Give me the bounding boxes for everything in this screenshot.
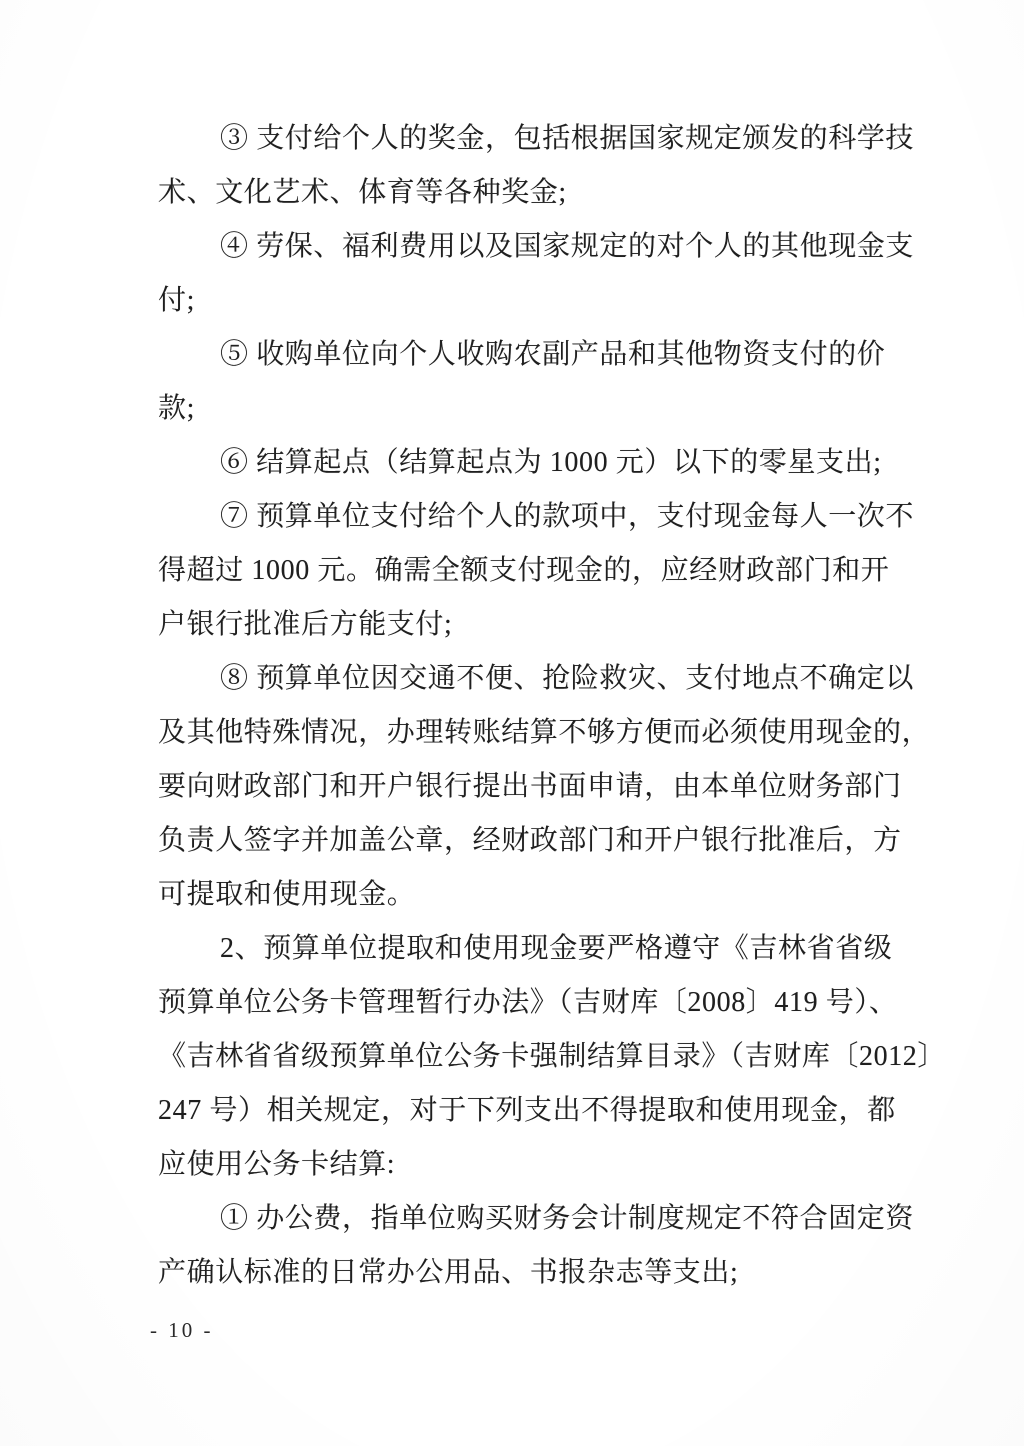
text-block: ③ 支付给个人的奖金，包括根据国家规定颁发的科学技 术、文化艺术、体育等各种奖金…: [158, 112, 898, 1300]
text-line: ⑤ 收购单位向个人收购农副产品和其他物资支付的价: [158, 328, 898, 382]
text-line: 负责人签字并加盖公章，经财政部门和开户银行批准后，方: [158, 814, 898, 868]
text-line: 2、预算单位提取和使用现金要严格遵守《吉林省省级: [158, 922, 898, 976]
document-page: ③ 支付给个人的奖金，包括根据国家规定颁发的科学技 术、文化艺术、体育等各种奖金…: [0, 0, 1024, 1446]
text-line: ③ 支付给个人的奖金，包括根据国家规定颁发的科学技: [158, 112, 898, 166]
text-line: ④ 劳保、福利费用以及国家规定的对个人的其他现金支: [158, 220, 898, 274]
text-line: 247 号）相关规定，对于下列支出不得提取和使用现金，都: [158, 1084, 898, 1138]
text-line: ① 办公费，指单位购买财务会计制度规定不符合固定资: [158, 1192, 898, 1246]
text-line: ⑧ 预算单位因交通不便、抢险救灾、支付地点不确定以: [158, 652, 898, 706]
text-line: 得超过 1000 元。确需全额支付现金的，应经财政部门和开: [158, 544, 898, 598]
text-line: 户银行批准后方能支付;: [158, 598, 898, 652]
text-line: 要向财政部门和开户银行提出书面申请，由本单位财务部门: [158, 760, 898, 814]
text-line: ⑥ 结算起点（结算起点为 1000 元）以下的零星支出;: [158, 436, 898, 490]
text-line: 付;: [158, 274, 898, 328]
text-line: 可提取和使用现金。: [158, 868, 898, 922]
text-line: 预算单位公务卡管理暂行办法》（吉财库〔2008〕419 号）、: [158, 976, 898, 1030]
text-line: 《吉林省省级预算单位公务卡强制结算目录》（吉财库〔2012〕: [158, 1030, 898, 1084]
text-line: 款;: [158, 382, 898, 436]
page-number: - 10 -: [150, 1318, 214, 1343]
text-line: 应使用公务卡结算:: [158, 1138, 898, 1192]
text-line: 术、文化艺术、体育等各种奖金;: [158, 166, 898, 220]
text-line: 及其他特殊情况，办理转账结算不够方便而必须使用现金的，: [158, 706, 898, 760]
text-line: ⑦ 预算单位支付给个人的款项中，支付现金每人一次不: [158, 490, 898, 544]
text-line: 产确认标准的日常办公用品、书报杂志等支出;: [158, 1246, 898, 1300]
